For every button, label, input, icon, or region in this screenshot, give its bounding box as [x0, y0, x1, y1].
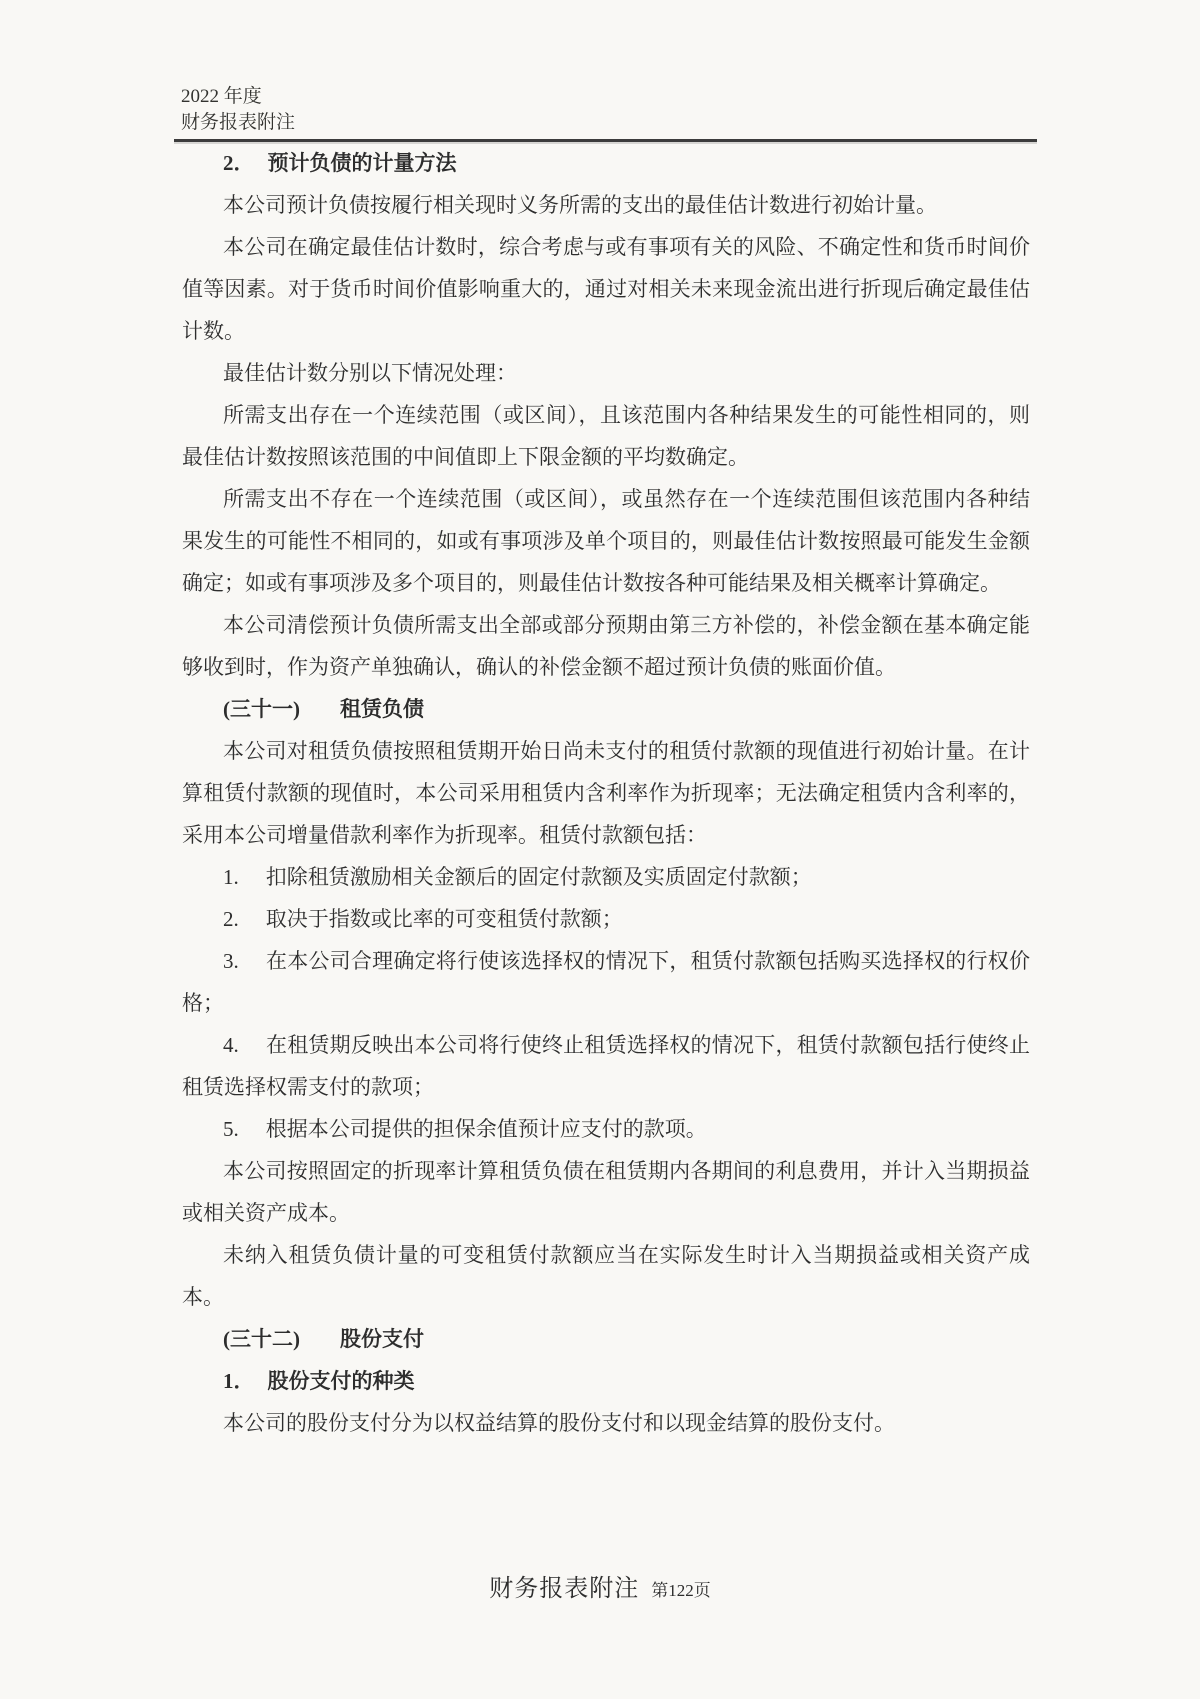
document-page: 2022 年度 财务报表附注 2．预计负债的计量方法 本公司预计负债按履行相关现… [0, 0, 1200, 1699]
heading-title: 预计负债的计量方法 [268, 151, 457, 175]
list-item-number: 2. [223, 907, 239, 931]
paragraph: 本公司按照固定的折现率计算租赁负债在租赁期内各期间的利息费用，并计入当期损益或相… [182, 1150, 1030, 1234]
list-item-text: 在租赁期反映出本公司将行使终止租赁选择权的情况下，租赁付款额包括行使终止租赁选择… [182, 1033, 1030, 1099]
list-item-text: 取决于指数或比率的可变租赁付款额； [266, 907, 623, 931]
list-item-text: 在本公司合理确定将行使该选择权的情况下，租赁付款额包括购买选择权的行权价格； [182, 949, 1030, 1015]
header-doc-title: 财务报表附注 [181, 110, 1030, 136]
list-item-number: 5. [223, 1117, 239, 1141]
section-number: (三十二) [223, 1327, 300, 1351]
section-number: (三十一) [223, 697, 300, 721]
heading-number: 2． [223, 151, 255, 175]
paragraph: 本公司在确定最佳估计数时，综合考虑与或有事项有关的风险、不确定性和货币时间价值等… [182, 226, 1030, 352]
paragraph: 未纳入租赁负债计量的可变租赁付款额应当在实际发生时计入当期损益或相关资产成本。 [182, 1234, 1030, 1318]
list-item-text: 扣除租赁激励相关金额后的固定付款额及实质固定付款额； [266, 865, 812, 889]
section-heading-share-payment: (三十二)股份支付 [182, 1318, 1030, 1360]
paragraph: 本公司清偿预计负债所需支出全部或部分预期由第三方补偿的，补偿金额在基本确定能够收… [182, 604, 1030, 688]
list-item: 5.根据本公司提供的担保余值预计应支付的款项。 [182, 1108, 1030, 1150]
page-footer: 财务报表附注第122页 [0, 1568, 1200, 1603]
notes-content: 2．预计负债的计量方法 本公司预计负债按履行相关现时义务所需的支出的最佳估计数进… [182, 142, 1030, 1444]
header-year-line: 2022 年度 [181, 84, 1030, 110]
paragraph: 所需支出不存在一个连续范围（或区间），或虽然存在一个连续范围但该范围内各种结果发… [182, 478, 1030, 604]
list-item: 4.在租赁期反映出本公司将行使终止租赁选择权的情况下，租赁付款额包括行使终止租赁… [182, 1024, 1030, 1108]
paragraph: 所需支出存在一个连续范围（或区间），且该范围内各种结果发生的可能性相同的，则最佳… [182, 394, 1030, 478]
list-item: 1.扣除租赁激励相关金额后的固定付款额及实质固定付款额； [182, 856, 1030, 898]
paragraph: 本公司预计负债按履行相关现时义务所需的支出的最佳估计数进行初始计量。 [182, 184, 1030, 226]
section-title: 租赁负债 [340, 697, 424, 721]
list-item-text: 根据本公司提供的担保余值预计应支付的款项。 [266, 1117, 707, 1141]
paragraph: 最佳估计数分别以下情况处理： [182, 352, 1030, 394]
heading-provision-measurement: 2．预计负债的计量方法 [182, 142, 1030, 184]
footer-doc-title: 财务报表附注 [489, 1576, 639, 1602]
heading-share-payment-types: 1．股份支付的种类 [182, 1360, 1030, 1402]
footer-page-number: 第122页 [651, 1581, 711, 1600]
heading-number: 1． [223, 1369, 255, 1393]
section-heading-lease-liabilities: (三十一)租赁负债 [182, 688, 1030, 730]
list-item-number: 1. [223, 865, 239, 889]
paragraph: 本公司对租赁负债按照租赁期开始日尚未支付的租赁付款额的现值进行初始计量。在计算租… [182, 730, 1030, 856]
page-header: 2022 年度 财务报表附注 [0, 0, 1200, 136]
list-item-number: 3. [223, 949, 239, 973]
list-item: 2.取决于指数或比率的可变租赁付款额； [182, 898, 1030, 940]
list-item-number: 4. [223, 1033, 239, 1057]
list-item: 3.在本公司合理确定将行使该选择权的情况下，租赁付款额包括购买选择权的行权价格； [182, 940, 1030, 1024]
heading-title: 股份支付的种类 [268, 1369, 415, 1393]
section-title: 股份支付 [340, 1327, 424, 1351]
paragraph: 本公司的股份支付分为以权益结算的股份支付和以现金结算的股份支付。 [182, 1402, 1030, 1444]
